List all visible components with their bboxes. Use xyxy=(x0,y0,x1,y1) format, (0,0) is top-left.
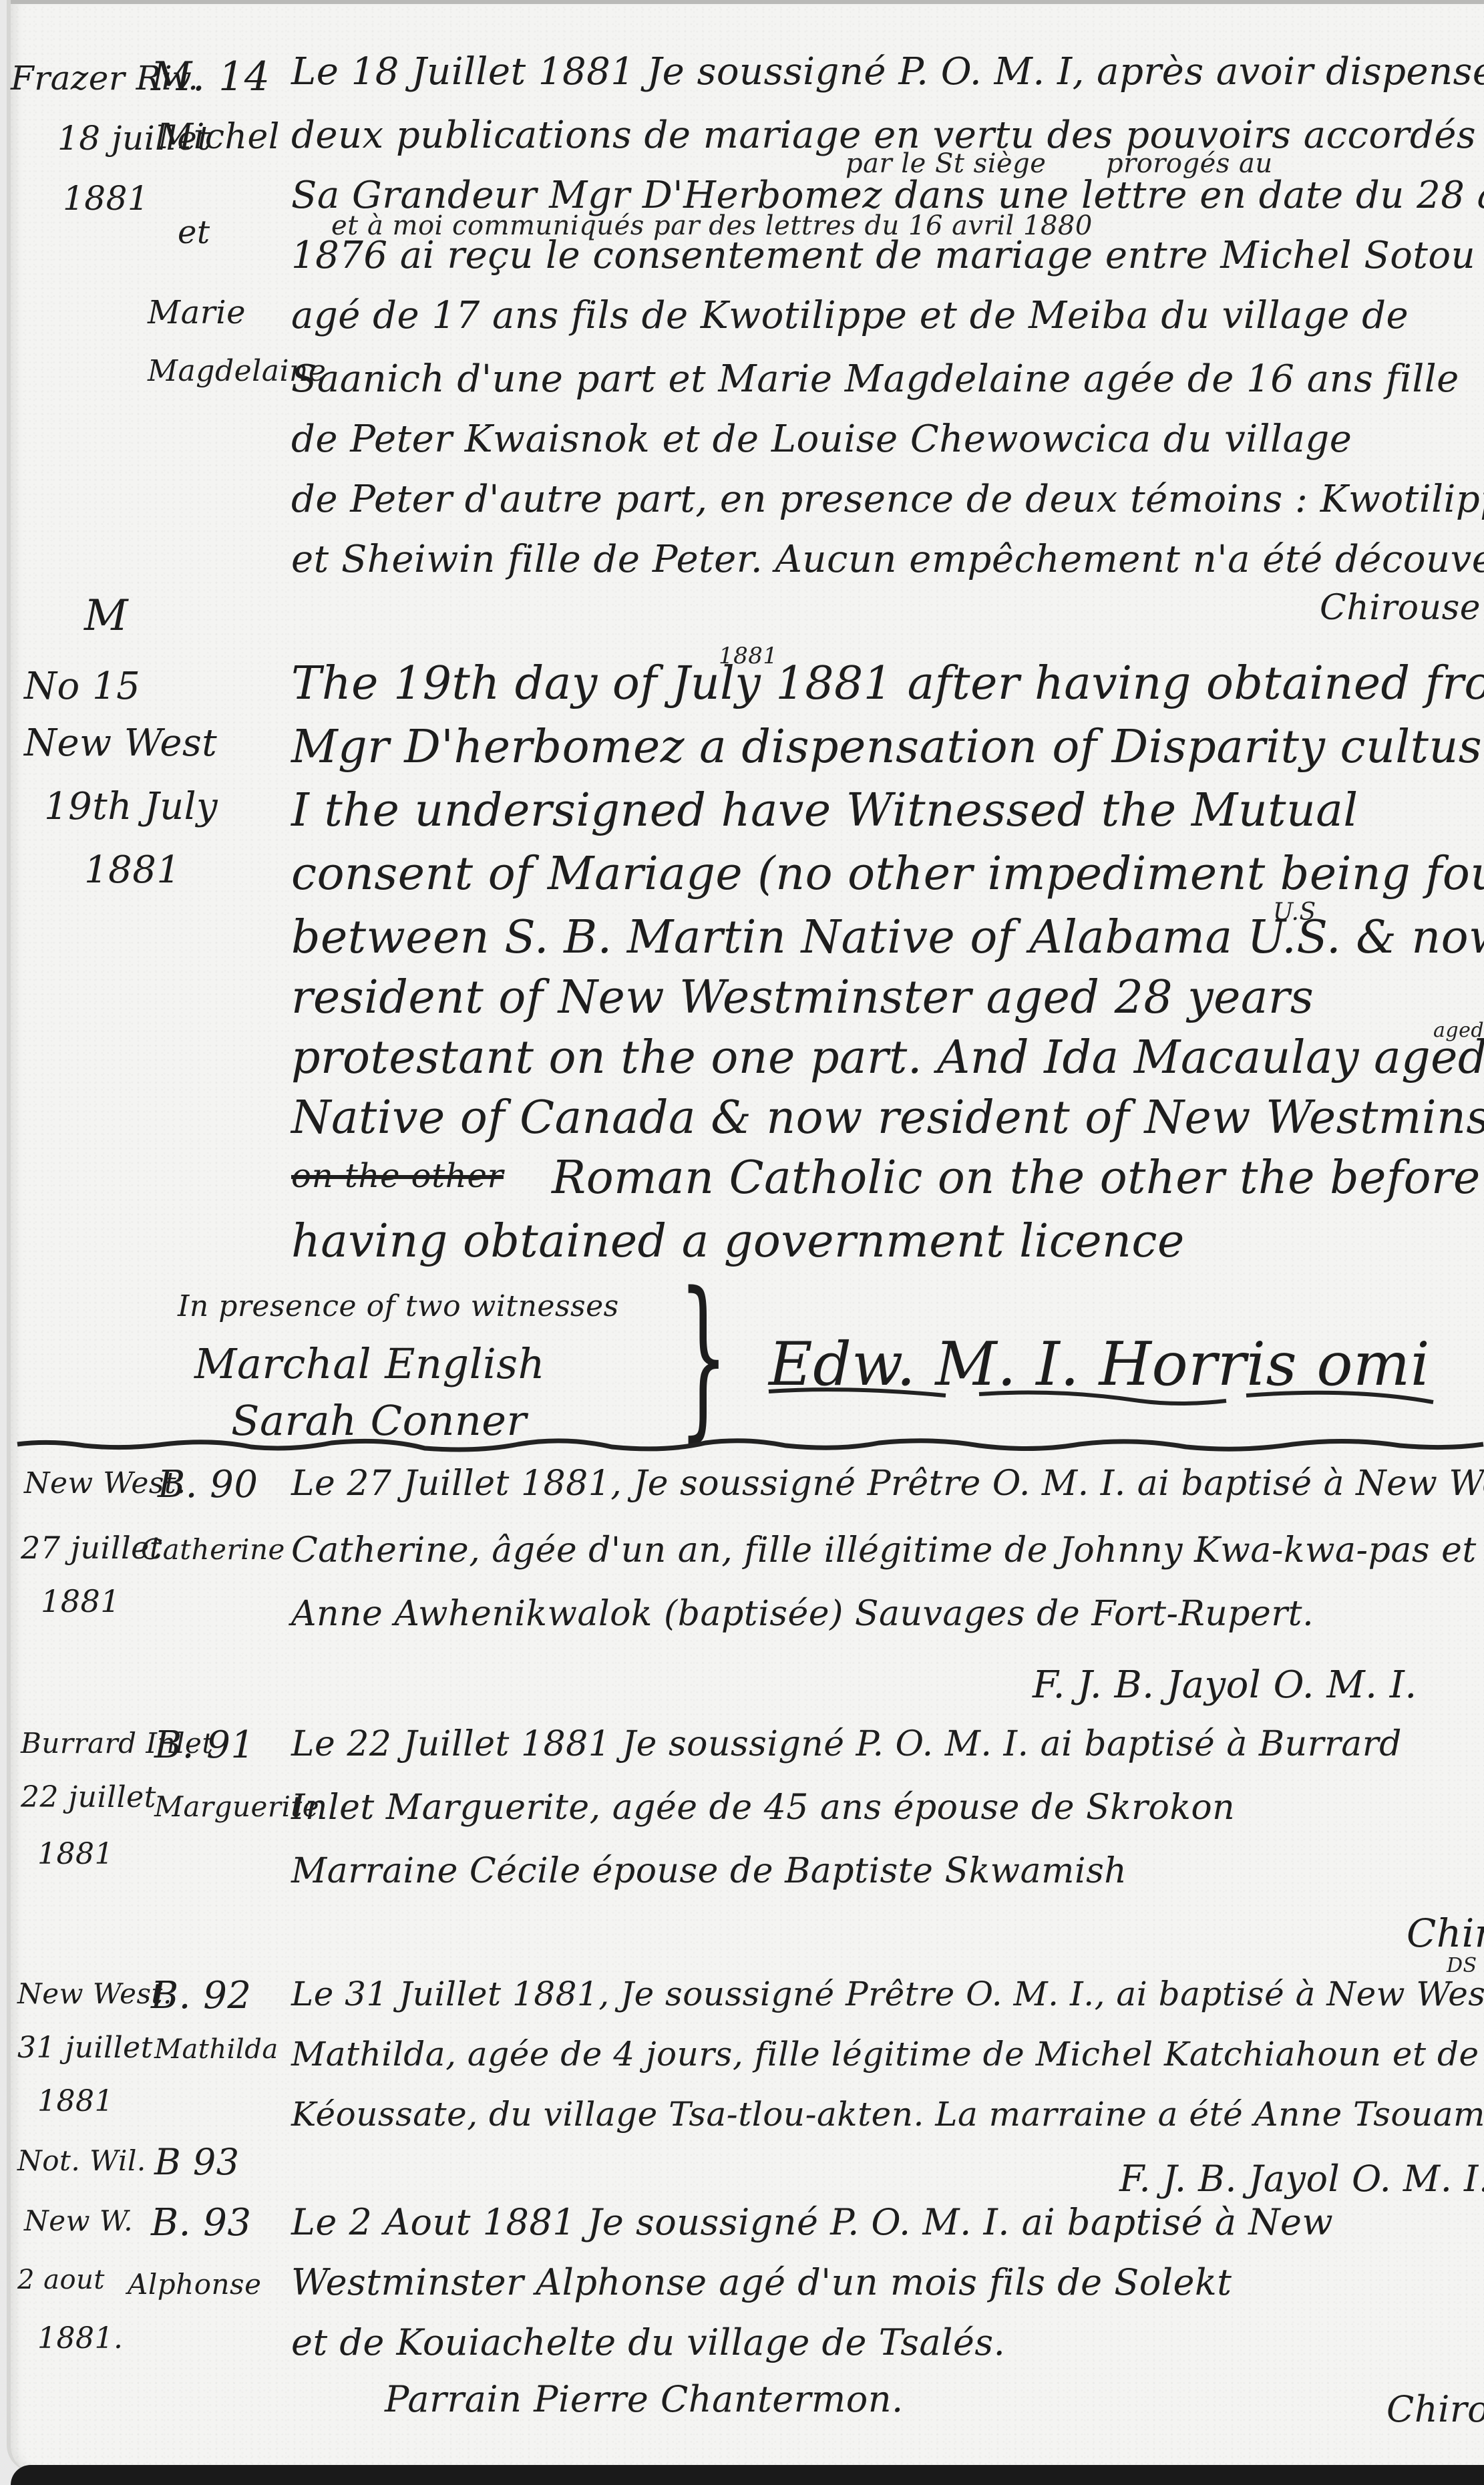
record-signature: F. J. B. Jayol O. M. I. xyxy=(1119,2158,1484,2200)
record-id: B 93 xyxy=(154,2141,240,2183)
record-margin-place: New W. xyxy=(24,2204,133,2237)
record-margin-year: 1881 xyxy=(41,1583,120,1619)
record-margin-year: 1881. xyxy=(37,2321,123,2355)
record-line: Westminster Alphonse agé d'un mois fils … xyxy=(291,2265,1232,2301)
record-line: between S. B. Martin Native of Alabama U… xyxy=(291,915,1484,961)
record-margin-date: 22 juillet xyxy=(21,1780,156,1814)
interlinear-note: DS xyxy=(1447,1954,1477,1977)
record-line: et Sheiwin fille de Peter. Aucun empêche… xyxy=(291,541,1484,578)
register-page: Frazer Riv. 18 juillet 1881 M. 14 Michel… xyxy=(7,0,1484,2472)
brace-icon: } xyxy=(679,1256,728,1458)
record-separator xyxy=(11,1430,1484,1456)
record-line: Roman Catholic on the other the before xyxy=(552,1156,1481,1201)
record-line: Anne Awhenikwalok (baptisée) Sauvages de… xyxy=(291,1597,1314,1631)
record-line: 1876 ai reçu le consentement de mariage … xyxy=(291,237,1475,275)
record-name: Alphonse xyxy=(128,2268,261,2301)
record-name-bride-first: Marie xyxy=(148,294,246,331)
record-line: Le 31 Juillet 1881, Je soussigné Prêtre … xyxy=(291,1977,1484,2011)
record-line: The 19th day of July 1881 after having o… xyxy=(291,661,1484,707)
record-name: Mathilda xyxy=(154,2034,279,2065)
record-margin-year: 1881 xyxy=(37,1837,114,1871)
record-signature: Chirouse xyxy=(1407,1911,1484,1956)
record-line: Le 22 Juillet 1881 Je soussigné P. O. M.… xyxy=(291,1727,1402,1762)
record-id: B. 90 xyxy=(158,1463,258,1506)
signature-flourish xyxy=(765,1386,1484,1406)
record-line: consent of Mariage (no other impediment … xyxy=(291,852,1484,897)
record-margin-year: 1881 xyxy=(63,179,149,218)
record-line: agé de 17 ans fils de Kwotilippe et de M… xyxy=(291,297,1409,335)
record-line: Mgr D'herbomez a dispensation of Dispari… xyxy=(291,725,1482,770)
record-id: M. 14 xyxy=(151,53,270,100)
record-margin-year: 1881 xyxy=(84,848,181,892)
record-line: Sa Grandeur Mgr D'Herbomez dans une lett… xyxy=(291,177,1484,214)
page-top-edge xyxy=(11,0,1484,4)
record-margin-place: New West xyxy=(24,721,217,765)
record-margin-place: New West. xyxy=(17,1977,172,2010)
page-bottom-edge xyxy=(11,2465,1484,2485)
record-line: de Peter d'autre part, en presence de de… xyxy=(291,481,1484,518)
struck-text: on the other xyxy=(291,1159,504,1192)
record-margin-date: 2 aout xyxy=(17,2265,105,2295)
record-id: B. 93 xyxy=(151,2201,252,2245)
record-line: Mathilda, agée de 4 jours, fille légitim… xyxy=(291,2037,1484,2071)
record-line: Native of Canada & now resident of New W… xyxy=(291,1096,1484,1141)
record-line: Kéoussate, du village Tsa-tlou-akten. La… xyxy=(291,2098,1484,2131)
record-line: Le 18 Juillet 1881 Je soussigné P. O. M.… xyxy=(291,53,1484,91)
record-line: protestant on the one part. And Ida Maca… xyxy=(291,1035,1484,1081)
witness-label: In presence of two witnesses xyxy=(178,1289,619,1323)
record-line: having obtained a government licence xyxy=(291,1219,1185,1265)
record-margin-number: No 15 xyxy=(24,665,140,708)
record-margin-date: 31 juillet xyxy=(17,2031,153,2065)
record-line: Inlet Marguerite, agée de 45 ans épouse … xyxy=(291,1790,1235,1825)
record-id: B. 92 xyxy=(151,1974,252,2017)
record-margin-letter: M xyxy=(84,591,128,641)
record-line: Saanich d'une part et Marie Magdelaine a… xyxy=(291,361,1459,398)
witness-name: Marchal English xyxy=(194,1339,545,1388)
record-name-conjunction: et xyxy=(178,214,210,251)
record-signature: F. J. B. Jayol O. M. I. xyxy=(1033,1663,1417,1707)
record-line: I the undersigned have Witnessed the Mut… xyxy=(291,788,1358,834)
record-margin-year: 1881 xyxy=(37,2084,114,2118)
record-line: Le 27 Juillet 1881, Je soussigné Prêtre … xyxy=(291,1466,1484,1501)
record-margin-place: Not. Wil. xyxy=(17,2144,146,2177)
record-line: Marraine Cécile épouse de Baptiste Skwam… xyxy=(291,1854,1127,1888)
record-line: Parrain Pierre Chantermon. xyxy=(385,2381,904,2418)
record-line: Le 2 Aout 1881 Je soussigné P. O. M. I. … xyxy=(291,2204,1333,2241)
record-name: Catherine xyxy=(141,1533,285,1566)
record-line: et de Kouiachelte du village de Tsalés. xyxy=(291,2325,1005,2361)
record-line: de Peter Kwaisnok et de Louise Chewowcic… xyxy=(291,421,1352,458)
record-line: resident of New Westminster aged 28 year… xyxy=(291,975,1314,1021)
record-margin-date: 19th July xyxy=(44,785,218,828)
record-id: B. 91 xyxy=(154,1723,255,1767)
record-line: Catherine, âgée d'un an, fille illégitim… xyxy=(291,1533,1477,1568)
record-name-groom: Michel xyxy=(158,117,280,157)
record-signature: Chirouse xyxy=(1386,2388,1484,2430)
record-signature: Chirouse xyxy=(1320,588,1481,628)
